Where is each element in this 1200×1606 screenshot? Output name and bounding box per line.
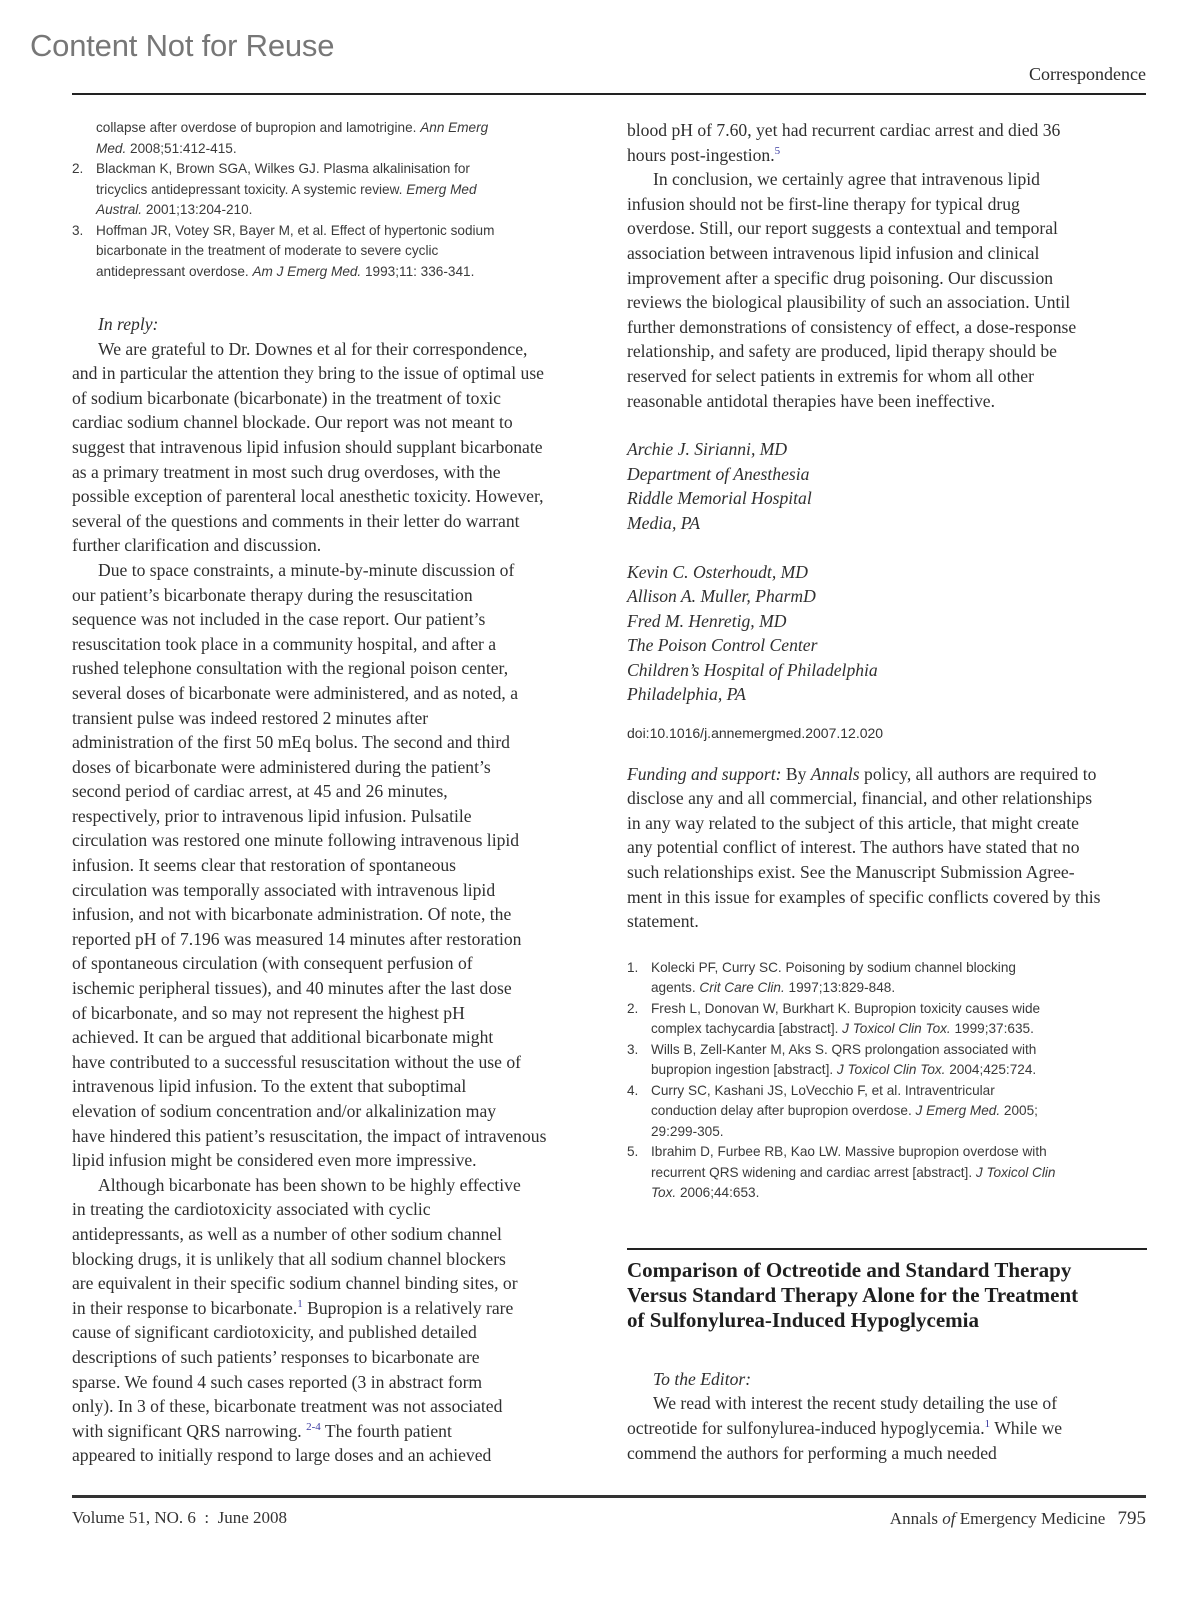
text-line: sequence was not included in the case re… xyxy=(72,607,587,632)
signature-block-1: Archie J. Sirianni, MDDepartment of Anes… xyxy=(627,437,1147,535)
signature-block-2: Kevin C. Osterhoudt, MDAllison A. Muller… xyxy=(627,560,1147,708)
text-line: antidepressants, as well as a number of … xyxy=(72,1222,587,1247)
text-line: octreotide for sulfonylurea-induced hypo… xyxy=(627,1416,1147,1441)
text-line: reserved for select patients in extremis… xyxy=(627,364,1147,389)
journal-name-prefix: Annals xyxy=(890,1509,938,1528)
text-line: doses of bicarbonate were administered d… xyxy=(72,755,587,780)
text-line: suggest that intravenous lipid infusion … xyxy=(72,435,587,460)
italic-text: J Toxicol Clin xyxy=(976,1165,1056,1180)
right-column: blood pH of 7.60, yet had recurrent card… xyxy=(627,118,1147,1465)
text-line: of Sulfonylurea-Induced Hypoglycemia xyxy=(627,1308,1147,1333)
text-line: Kevin C. Osterhoudt, MD xyxy=(627,560,1147,585)
text-line: Allison A. Muller, PharmD xyxy=(627,584,1147,609)
letter-intro: We read with interest the recent study d… xyxy=(627,1391,1147,1465)
reference-number: 3. xyxy=(72,221,96,283)
text-line: Due to space constraints, a minute-by-mi… xyxy=(72,558,587,583)
reference-item: 2.Fresh L, Donovan W, Burkhart K. Buprop… xyxy=(627,999,1147,1040)
reference-number: 2. xyxy=(627,999,651,1040)
text-line: blocking drugs, it is unlikely that all … xyxy=(72,1247,587,1272)
reference-item: collapse after overdose of bupropion and… xyxy=(72,118,587,159)
to-the-editor-label: To the Editor: xyxy=(627,1367,1147,1392)
journal-name-of: of xyxy=(942,1509,955,1528)
text-line: several of the questions and comments in… xyxy=(72,509,587,534)
text-line: hours post-ingestion.5 xyxy=(627,143,1147,168)
reference-text: Hoffman JR, Votey SR, Bayer M, et al. Ef… xyxy=(96,221,587,283)
text-line: Although bicarbonate has been shown to b… xyxy=(72,1173,587,1198)
reference-item: 4.Curry SC, Kashani JS, LoVecchio F, et … xyxy=(627,1081,1147,1143)
text-line: relationship, and safety are produced, l… xyxy=(627,339,1147,364)
reference-text: Kolecki PF, Curry SC. Poisoning by sodiu… xyxy=(651,958,1147,999)
italic-text: Funding and support: xyxy=(627,764,781,784)
text-line: elevation of sodium concentration and/or… xyxy=(72,1099,587,1124)
text-line: several doses of bicarbonate were admini… xyxy=(72,681,587,706)
reference-text: Ibrahim D, Furbee RB, Kao LW. Massive bu… xyxy=(651,1142,1147,1204)
text-line: of bicarbonate, and so may not represent… xyxy=(72,1001,587,1026)
italic-text: Crit Care Clin. xyxy=(699,980,784,995)
text-line: our patient’s bicarbonate therapy during… xyxy=(72,583,587,608)
article-title: Comparison of Octreotide and Standard Th… xyxy=(627,1258,1147,1333)
paragraph: Due to space constraints, a minute-by-mi… xyxy=(72,558,587,1173)
text-line: sparse. We found 4 such cases reported (… xyxy=(72,1370,587,1395)
footer-volume: Volume 51, NO. 6 : June 2008 xyxy=(72,1508,287,1528)
citation-link[interactable]: 2-4 xyxy=(306,1421,321,1433)
italic-text: Ann Emerg xyxy=(420,120,488,135)
text-line: such relationships exist. See the Manusc… xyxy=(627,860,1147,885)
text-line: descriptions of such patients’ responses… xyxy=(72,1345,587,1370)
text-line: only). In 3 of these, bicarbonate treatm… xyxy=(72,1394,587,1419)
reference-number xyxy=(72,118,96,159)
italic-text: Emerg Med xyxy=(406,182,476,197)
text-line: overdose. Still, our report suggests a c… xyxy=(627,216,1147,241)
text-line: further demonstrations of consistency of… xyxy=(627,315,1147,340)
reference-item: 3.Hoffman JR, Votey SR, Bayer M, et al. … xyxy=(72,221,587,283)
text-line: infusion, and not with bicarbonate admin… xyxy=(72,902,587,927)
text-line: Philadelphia, PA xyxy=(627,682,1147,707)
text-line: lipid infusion might be considered even … xyxy=(72,1148,587,1173)
text-line: have contributed to a successful resusci… xyxy=(72,1050,587,1075)
watermark: Content Not for Reuse xyxy=(30,28,334,64)
in-reply-label: In reply: xyxy=(72,312,587,337)
text-line: In conclusion, we certainly agree that i… xyxy=(627,167,1147,192)
doi-link[interactable]: doi:10.1016/j.annemergmed.2007.12.020 xyxy=(627,721,1147,746)
text-line: Department of Anesthesia xyxy=(627,462,1147,487)
text-line: achieved. It can be argued that addition… xyxy=(72,1025,587,1050)
text-line: Funding and support: By Annals policy, a… xyxy=(627,762,1147,787)
reply-conclusion: blood pH of 7.60, yet had recurrent card… xyxy=(627,118,1147,413)
text-line: commend the authors for performing a muc… xyxy=(627,1441,1147,1466)
text-line: Children’s Hospital of Philadelphia xyxy=(627,658,1147,683)
text-line: Riddle Memorial Hospital xyxy=(627,486,1147,511)
reference-text: Fresh L, Donovan W, Burkhart K. Bupropio… xyxy=(651,999,1147,1040)
text-line: second period of cardiac arrest, at 45 a… xyxy=(72,779,587,804)
text-line: reviews the biological plausibility of s… xyxy=(627,290,1147,315)
footer-journal: Annals of Emergency Medicine 795 xyxy=(890,1508,1146,1530)
italic-text: Tox. xyxy=(651,1185,676,1200)
text-line: of sodium bicarbonate (bicarbonate) in t… xyxy=(72,386,587,411)
citation-link[interactable]: 1 xyxy=(297,1298,303,1310)
text-line: rushed telephone consultation with the r… xyxy=(72,656,587,681)
italic-text: J Toxicol Clin Tox. xyxy=(837,1062,946,1077)
funding-statement: Funding and support: By Annals policy, a… xyxy=(627,762,1147,934)
text-line: association between intravenous lipid in… xyxy=(627,241,1147,266)
reference-text: Wills B, Zell-Kanter M, Aks S. QRS prolo… xyxy=(651,1040,1147,1081)
text-line: as a primary treatment in most such drug… xyxy=(72,460,587,485)
reference-item: 1.Kolecki PF, Curry SC. Poisoning by sod… xyxy=(627,958,1147,999)
running-head: Correspondence xyxy=(1029,64,1146,85)
header-rule xyxy=(72,93,1146,95)
text-line: circulation was restored one minute foll… xyxy=(72,828,587,853)
reference-text: Blackman K, Brown SGA, Wilkes GJ. Plasma… xyxy=(96,159,587,221)
text-line: possible exception of parenteral local a… xyxy=(72,484,587,509)
left-reference-list: collapse after overdose of bupropion and… xyxy=(72,118,587,282)
text-line: Comparison of Octreotide and Standard Th… xyxy=(627,1258,1147,1283)
text-line: circulation was temporally associated wi… xyxy=(72,878,587,903)
text-line: and in particular the attention they bri… xyxy=(72,361,587,386)
text-line: in their response to bicarbonate.1 Bupro… xyxy=(72,1296,587,1321)
text-line: in treating the cardiotoxicity associate… xyxy=(72,1197,587,1222)
text-line: intravenous lipid infusion. To the exten… xyxy=(72,1074,587,1099)
reference-item: 2.Blackman K, Brown SGA, Wilkes GJ. Plas… xyxy=(72,159,587,221)
text-line: Fred M. Henretig, MD xyxy=(627,609,1147,634)
reference-number: 3. xyxy=(627,1040,651,1081)
text-line: Archie J. Sirianni, MD xyxy=(627,437,1147,462)
paragraph: We are grateful to Dr. Downes et al for … xyxy=(72,337,587,558)
reference-text: Curry SC, Kashani JS, LoVecchio F, et al… xyxy=(651,1081,1147,1143)
citation-link[interactable]: 1 xyxy=(985,1418,991,1430)
text-line: reported pH of 7.196 was measured 14 min… xyxy=(72,927,587,952)
reference-text: collapse after overdose of bupropion and… xyxy=(96,118,587,159)
text-line: appeared to initially respond to large d… xyxy=(72,1443,587,1468)
reference-number: 4. xyxy=(627,1081,651,1143)
italic-text: Austral. xyxy=(96,202,142,217)
text-line: Media, PA xyxy=(627,511,1147,536)
text-line: further clarification and discussion. xyxy=(72,533,587,558)
text-line: The Poison Control Center xyxy=(627,633,1147,658)
text-line: infusion. It seems clear that restoratio… xyxy=(72,853,587,878)
reference-number: 5. xyxy=(627,1142,651,1204)
journal-name-suffix: Emergency Medicine xyxy=(960,1509,1106,1528)
italic-text: Am J Emerg Med. xyxy=(252,264,361,279)
reference-number: 1. xyxy=(627,958,651,999)
italic-text: Annals xyxy=(811,764,860,784)
right-reference-list: 1.Kolecki PF, Curry SC. Poisoning by sod… xyxy=(627,958,1147,1204)
footer-rule xyxy=(72,1495,1146,1498)
text-line: administration of the first 50 mEq bolus… xyxy=(72,730,587,755)
text-line: resuscitation took place in a community … xyxy=(72,632,587,657)
text-line: with significant QRS narrowing. 2-4 The … xyxy=(72,1419,587,1444)
left-column: collapse after overdose of bupropion and… xyxy=(72,118,587,1468)
text-line: in any way related to the subject of thi… xyxy=(627,811,1147,836)
text-line: have hindered this patient’s resuscitati… xyxy=(72,1124,587,1149)
text-line: disclose any and all commercial, financi… xyxy=(627,786,1147,811)
paragraph: blood pH of 7.60, yet had recurrent card… xyxy=(627,118,1147,167)
text-line: We are grateful to Dr. Downes et al for … xyxy=(72,337,587,362)
text-line: cause of significant cardiotoxicity, and… xyxy=(72,1320,587,1345)
text-line: blood pH of 7.60, yet had recurrent card… xyxy=(627,118,1147,143)
paragraph: Although bicarbonate has been shown to b… xyxy=(72,1173,587,1468)
text-line: Versus Standard Therapy Alone for the Tr… xyxy=(627,1283,1147,1308)
text-line: of spontaneous circulation (with consequ… xyxy=(72,951,587,976)
reference-item: 5.Ibrahim D, Furbee RB, Kao LW. Massive … xyxy=(627,1142,1147,1204)
italic-text: J Emerg Med. xyxy=(916,1103,1001,1118)
text-line: any potential conflict of interest. The … xyxy=(627,835,1147,860)
reply-body: We are grateful to Dr. Downes et al for … xyxy=(72,337,587,1468)
text-line: infusion should not be first-line therap… xyxy=(627,192,1147,217)
page-number: 795 xyxy=(1118,1508,1147,1529)
reference-item: 3.Wills B, Zell-Kanter M, Aks S. QRS pro… xyxy=(627,1040,1147,1081)
text-line: transient pulse was indeed restored 2 mi… xyxy=(72,706,587,731)
text-line: reasonable antidotal therapies have been… xyxy=(627,389,1147,414)
text-line: respectively, prior to intravenous lipid… xyxy=(72,804,587,829)
reference-number: 2. xyxy=(72,159,96,221)
text-line: improvement after a specific drug poison… xyxy=(627,266,1147,291)
text-line: ment in this issue for examples of speci… xyxy=(627,885,1147,910)
italic-text: Med. xyxy=(96,141,126,156)
text-line: are equivalent in their specific sodium … xyxy=(72,1271,587,1296)
text-line: ischemic peripheral tissues), and 40 min… xyxy=(72,976,587,1001)
italic-text: J Toxicol Clin Tox. xyxy=(842,1021,951,1036)
text-line: statement. xyxy=(627,909,1147,934)
citation-link[interactable]: 5 xyxy=(775,145,781,157)
text-line: We read with interest the recent study d… xyxy=(627,1391,1147,1416)
paragraph: In conclusion, we certainly agree that i… xyxy=(627,167,1147,413)
text-line: cardiac sodium channel blockade. Our rep… xyxy=(72,410,587,435)
